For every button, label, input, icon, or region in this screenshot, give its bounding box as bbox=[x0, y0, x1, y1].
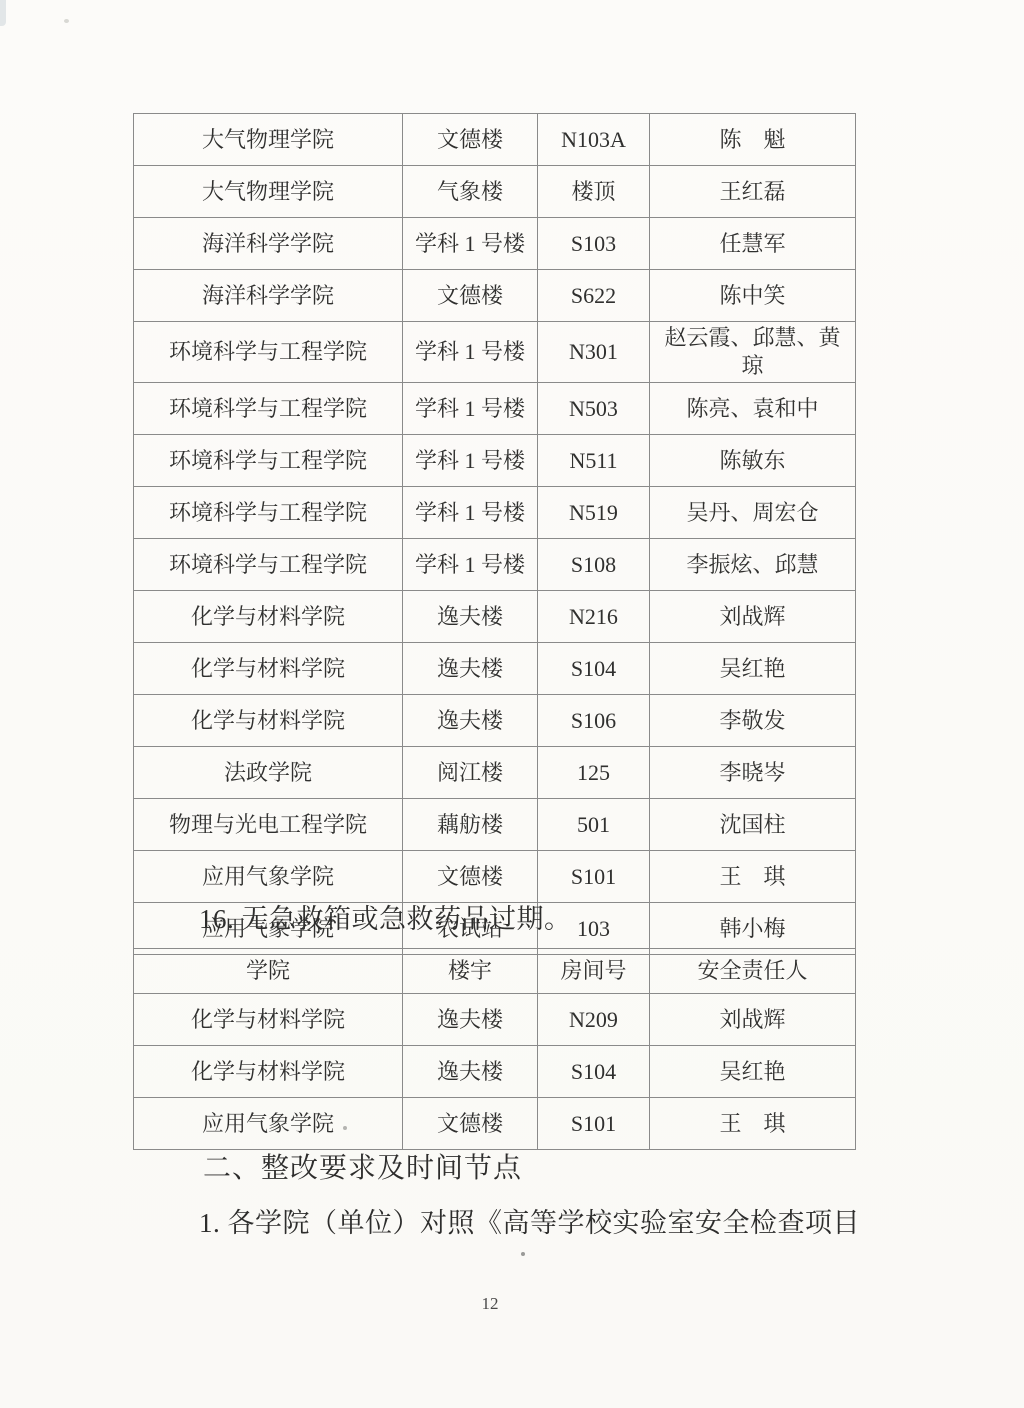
table-cell: N519 bbox=[538, 487, 650, 539]
table-cell: S108 bbox=[538, 539, 650, 591]
list-item-16: 16. 无急救箱或急救药品过期。 bbox=[199, 897, 572, 936]
table-cell: 陈 魁 bbox=[650, 114, 856, 166]
table-cell: 阅江楼 bbox=[403, 747, 538, 799]
section-heading: 二、整改要求及时间节点 bbox=[203, 1146, 522, 1186]
table-cell: 应用气象学院 bbox=[134, 1098, 403, 1150]
table-cell: 环境科学与工程学院 bbox=[134, 322, 403, 383]
table-cell: 学科 1 号楼 bbox=[403, 435, 538, 487]
table-row: 大气物理学院气象楼楼顶王红磊 bbox=[134, 166, 856, 218]
table-cell: 逸夫楼 bbox=[403, 1046, 538, 1098]
table-cell: 125 bbox=[538, 747, 650, 799]
table-cell: 学科 1 号楼 bbox=[403, 383, 538, 435]
table-cell: 化学与材料学院 bbox=[134, 1046, 403, 1098]
table-cell: 沈国柱 bbox=[650, 799, 856, 851]
table-cell: 吴红艳 bbox=[650, 643, 856, 695]
table-cell: 环境科学与工程学院 bbox=[134, 435, 403, 487]
table-cell: S622 bbox=[538, 270, 650, 322]
table-cell: S101 bbox=[538, 1098, 650, 1150]
table-row: 海洋科学学院学科 1 号楼S103任慧军 bbox=[134, 218, 856, 270]
table-cell: 文德楼 bbox=[403, 851, 538, 903]
column-header-college: 学院 bbox=[134, 949, 403, 994]
paragraph-first-line: 1. 各学院（单位）对照《高等学校实验室安全检查项目 bbox=[199, 1201, 860, 1240]
table-cell: 物理与光电工程学院 bbox=[134, 799, 403, 851]
column-header-room: 房间号 bbox=[538, 949, 650, 994]
table-cell: 王 琪 bbox=[650, 1098, 856, 1150]
table-cell: 陈亮、袁和中 bbox=[650, 383, 856, 435]
table-row: 环境科学与工程学院学科 1 号楼N519吴丹、周宏仓 bbox=[134, 487, 856, 539]
table-header-row: 学院 楼宇 房间号 安全责任人 bbox=[134, 949, 856, 994]
table-cell: 学科 1 号楼 bbox=[403, 539, 538, 591]
table-cell: 李振炫、邱慧 bbox=[650, 539, 856, 591]
table-cell: S104 bbox=[538, 1046, 650, 1098]
table-cell: 化学与材料学院 bbox=[134, 643, 403, 695]
table-cell: 大气物理学院 bbox=[134, 114, 403, 166]
scan-artifact-dot bbox=[521, 1252, 525, 1256]
table-cell: N216 bbox=[538, 591, 650, 643]
table-row: 海洋科学学院文德楼S622陈中笑 bbox=[134, 270, 856, 322]
table-row: 环境科学与工程学院学科 1 号楼N503陈亮、袁和中 bbox=[134, 383, 856, 435]
table-cell: 大气物理学院 bbox=[134, 166, 403, 218]
table-row: 环境科学与工程学院学科 1 号楼S108李振炫、邱慧 bbox=[134, 539, 856, 591]
page-number: 12 bbox=[420, 1294, 560, 1314]
violation-location-table: 大气物理学院文德楼N103A陈 魁大气物理学院气象楼楼顶王红磊海洋科学学院学科 … bbox=[133, 113, 856, 955]
table-cell: N103A bbox=[538, 114, 650, 166]
table-cell: 学科 1 号楼 bbox=[403, 487, 538, 539]
table-cell: S103 bbox=[538, 218, 650, 270]
table-cell: N301 bbox=[538, 322, 650, 383]
table-cell: 化学与材料学院 bbox=[134, 994, 403, 1046]
table-cell: 王 琪 bbox=[650, 851, 856, 903]
table-cell: 海洋科学学院 bbox=[134, 218, 403, 270]
table-cell: 逸夫楼 bbox=[403, 695, 538, 747]
table-cell: 海洋科学学院 bbox=[134, 270, 403, 322]
table-cell: 文德楼 bbox=[403, 114, 538, 166]
table-cell: 李晓岑 bbox=[650, 747, 856, 799]
table-cell: 吴丹、周宏仓 bbox=[650, 487, 856, 539]
scan-artifact-dot bbox=[64, 19, 69, 23]
column-header-building: 楼宇 bbox=[403, 949, 538, 994]
table-cell: 逸夫楼 bbox=[403, 643, 538, 695]
table-cell: S104 bbox=[538, 643, 650, 695]
column-header-responsible: 安全责任人 bbox=[650, 949, 856, 994]
table-cell: 楼顶 bbox=[538, 166, 650, 218]
table-cell: 刘战辉 bbox=[650, 591, 856, 643]
table-cell: 王红磊 bbox=[650, 166, 856, 218]
table-row: 化学与材料学院逸夫楼S106李敬发 bbox=[134, 695, 856, 747]
table-cell: 李敬发 bbox=[650, 695, 856, 747]
table-cell: 任慧军 bbox=[650, 218, 856, 270]
table-row: 应用气象学院文德楼S101王 琪 bbox=[134, 1098, 856, 1150]
table-cell: S106 bbox=[538, 695, 650, 747]
table-cell: 刘战辉 bbox=[650, 994, 856, 1046]
table-cell: 文德楼 bbox=[403, 1098, 538, 1150]
table-row: 法政学院阅江楼125李晓岑 bbox=[134, 747, 856, 799]
table-cell: 文德楼 bbox=[403, 270, 538, 322]
table-cell: 陈敏东 bbox=[650, 435, 856, 487]
table-cell: 气象楼 bbox=[403, 166, 538, 218]
table-cell: 陈中笑 bbox=[650, 270, 856, 322]
table-cell: 环境科学与工程学院 bbox=[134, 487, 403, 539]
table-cell: 逸夫楼 bbox=[403, 994, 538, 1046]
table-cell: 韩小梅 bbox=[650, 903, 856, 955]
table-cell: 法政学院 bbox=[134, 747, 403, 799]
table-cell: N511 bbox=[538, 435, 650, 487]
table-cell: 吴红艳 bbox=[650, 1046, 856, 1098]
table-cell: 化学与材料学院 bbox=[134, 695, 403, 747]
table-row: 化学与材料学院逸夫楼S104吴红艳 bbox=[134, 1046, 856, 1098]
table-cell: 环境科学与工程学院 bbox=[134, 383, 403, 435]
table-cell: 学科 1 号楼 bbox=[403, 218, 538, 270]
scan-artifact-dot bbox=[343, 1126, 347, 1130]
table-cell: 化学与材料学院 bbox=[134, 591, 403, 643]
table-cell: 藕舫楼 bbox=[403, 799, 538, 851]
table-row: 应用气象学院文德楼S101王 琪 bbox=[134, 851, 856, 903]
table-row: 物理与光电工程学院藕舫楼501沈国柱 bbox=[134, 799, 856, 851]
scanned-document-page: 大气物理学院文德楼N103A陈 魁大气物理学院气象楼楼顶王红磊海洋科学学院学科 … bbox=[0, 0, 1024, 1408]
table-cell: 逸夫楼 bbox=[403, 591, 538, 643]
table-row: 大气物理学院文德楼N103A陈 魁 bbox=[134, 114, 856, 166]
table-cell: 应用气象学院 bbox=[134, 851, 403, 903]
table-row: 环境科学与工程学院学科 1 号楼N301赵云霞、邱慧、黄琼 bbox=[134, 322, 856, 383]
table-cell: N209 bbox=[538, 994, 650, 1046]
table-cell: 赵云霞、邱慧、黄琼 bbox=[650, 322, 856, 383]
table-row: 化学与材料学院逸夫楼N216刘战辉 bbox=[134, 591, 856, 643]
table-cell: S101 bbox=[538, 851, 650, 903]
table-cell: 学科 1 号楼 bbox=[403, 322, 538, 383]
table-row: 化学与材料学院逸夫楼N209刘战辉 bbox=[134, 994, 856, 1046]
table-row: 化学与材料学院逸夫楼S104吴红艳 bbox=[134, 643, 856, 695]
table-cell: 环境科学与工程学院 bbox=[134, 539, 403, 591]
table-cell: 501 bbox=[538, 799, 650, 851]
first-aid-table: 学院 楼宇 房间号 安全责任人 化学与材料学院逸夫楼N209刘战辉化学与材料学院… bbox=[133, 948, 856, 1150]
scan-artifact-edge bbox=[0, 0, 6, 26]
table-cell: N503 bbox=[538, 383, 650, 435]
table-row: 环境科学与工程学院学科 1 号楼N511陈敏东 bbox=[134, 435, 856, 487]
